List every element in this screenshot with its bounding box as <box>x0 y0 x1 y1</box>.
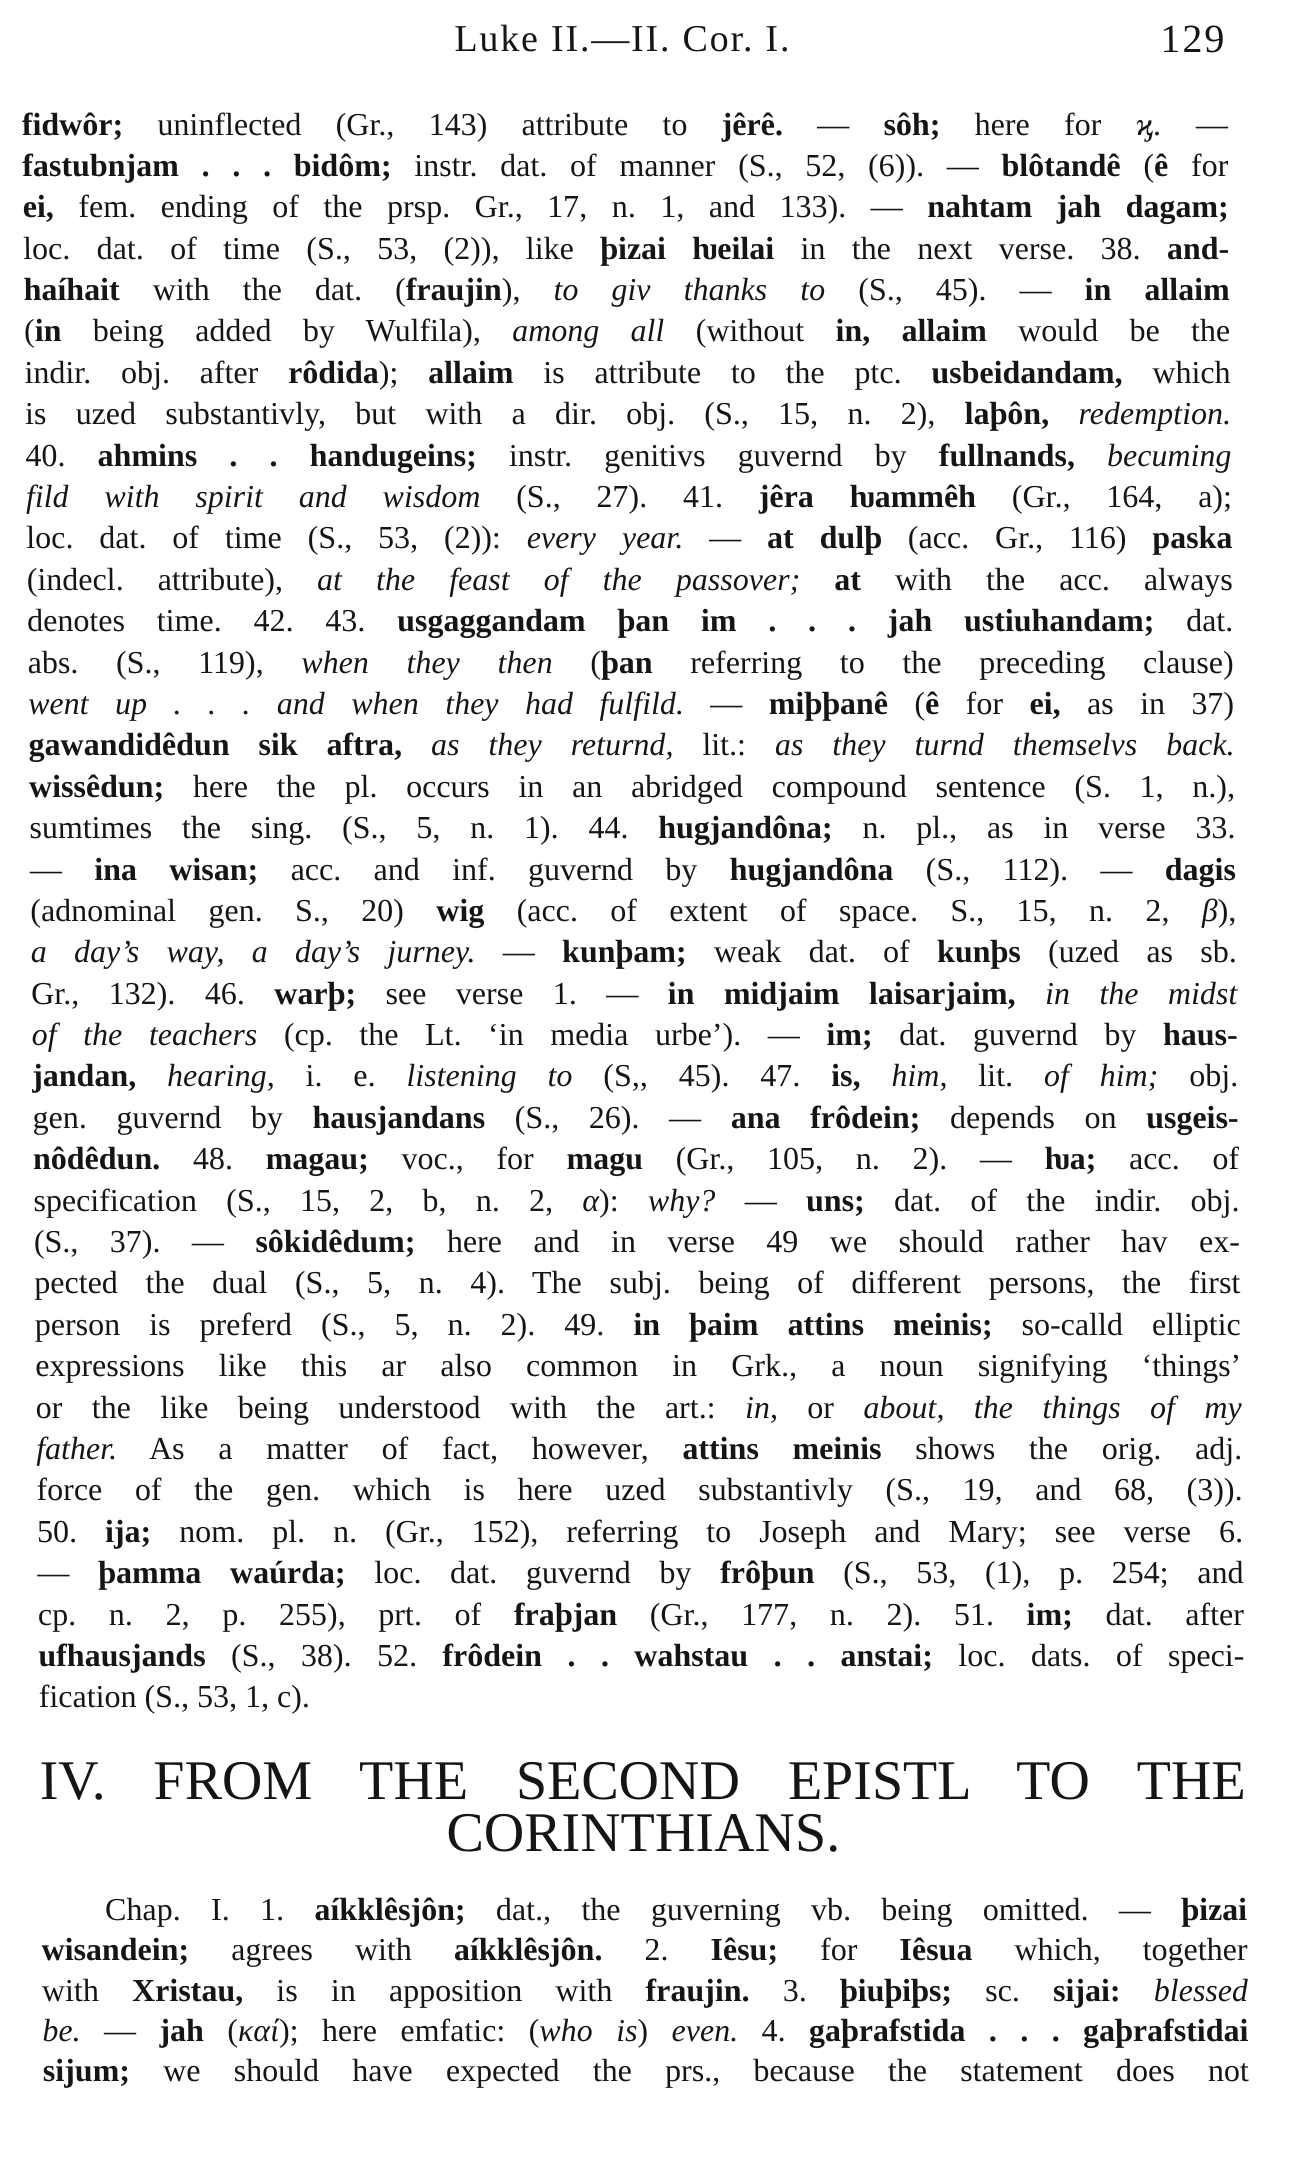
commentary-text: (acc. Gr., 116) <box>882 519 1153 555</box>
gothic-term: hausjandans <box>312 1099 485 1135</box>
commentary-text: (adnominal gen. S., 20) <box>30 892 436 928</box>
commentary-text: indir. obj. after <box>24 354 288 390</box>
text-line: Gr., 132). 46. warþ; see verse 1. — in m… <box>31 973 1237 1014</box>
commentary-text: weak dat. of <box>686 933 937 969</box>
translation-text: in the midst <box>1015 975 1237 1011</box>
gothic-term: hugjandôna <box>729 851 893 887</box>
commentary-text: (S,, 45). 47. <box>572 1057 831 1093</box>
gothic-term: in þaim attins meinis; <box>633 1306 993 1342</box>
text-line: wissêdun; here the pl. occurs in an abri… <box>29 766 1235 807</box>
gothic-term: hugjandôna; <box>658 809 833 845</box>
section-heading-line-2: CORINTHIANS. <box>40 1807 1247 1859</box>
commentary-text: (Gr., 105, n. 2). — <box>643 1140 1045 1176</box>
gothic-term: sôh; <box>883 106 940 142</box>
commentary-text: ( <box>204 2012 238 2048</box>
text-line: — þamma waúrda; loc. dat. guvernd by frô… <box>37 1552 1243 1593</box>
translation-text: of him; <box>1044 1057 1159 1093</box>
commentary-text: (Gr., 164, a); <box>976 478 1232 514</box>
gothic-term: usgaggandam þan im . . . jah ustiuhandam… <box>397 602 1155 638</box>
gothic-term: in allaim <box>1084 271 1229 307</box>
gothic-term: usgeis- <box>1146 1099 1239 1135</box>
commentary-text: — <box>37 1554 98 1590</box>
text-line: 40. ahmins . . handugeins; instr. geniti… <box>25 435 1231 476</box>
commentary-text: (S., 27). 41. <box>480 478 759 514</box>
translation-text: to giv thanks to <box>553 271 825 307</box>
commentary-text: referring to the preceding clause) <box>652 644 1233 680</box>
gothic-term: Iêsu; <box>710 1931 778 1967</box>
translation-text: becuming <box>1075 437 1232 473</box>
gothic-term: ana frôdein; <box>731 1099 921 1135</box>
gothic-term: Xristau, <box>132 1972 243 2008</box>
commentary-text: — <box>30 851 95 887</box>
translation-text: listening to <box>406 1057 572 1093</box>
commentary-text: dat. <box>1154 602 1233 638</box>
commentary-text: loc. dat. of time (S., 53, (2)), like <box>23 230 600 266</box>
translation-text: about, the things of my <box>863 1389 1242 1425</box>
gothic-term: usbeidandam, <box>931 354 1123 390</box>
gothic-term: in <box>35 312 62 348</box>
greek-symbol: ϗ. <box>1135 106 1161 142</box>
text-line: (in being added by Wulfila), among all (… <box>24 310 1230 351</box>
commentary-text: or the like being understood with the ar… <box>35 1389 745 1425</box>
commentary-text: with the acc. always <box>861 561 1233 597</box>
text-line: (adnominal gen. S., 20) wig (acc. of ext… <box>30 890 1236 931</box>
commentary-text: ), <box>1217 892 1236 928</box>
gothic-term: Iêsua <box>899 1931 972 1967</box>
commentary-text: person is preferd (S., 5, n. 2). 49. <box>35 1306 634 1342</box>
translation-text: as they turnd themselvs back. <box>775 726 1235 762</box>
commentary-text: (S., 26). — <box>485 1099 731 1135</box>
commentary-text: denotes time. 42. 43. <box>27 602 397 638</box>
translation-text: every year. <box>527 519 684 555</box>
commentary-text: agrees with <box>189 1931 454 1967</box>
commentary-text: (cp. the Lt. ‘in media urbe’). — <box>257 1016 827 1052</box>
commentary-text: shows the orig. adj. <box>881 1430 1242 1466</box>
gothic-term: fastubnjam . . . bidôm; <box>22 147 392 183</box>
translation-text: a day’s way, a day’s jurney. <box>31 933 476 969</box>
gothic-term: warþ; <box>274 975 356 1011</box>
commentary-text: (S., 112). — <box>893 851 1165 887</box>
commentary-text: sc. <box>952 1972 1053 2008</box>
gothic-term: ei, <box>1029 685 1060 721</box>
text-line: (indecl. attribute), at the feast of the… <box>27 559 1233 600</box>
text-line: ufhausjands (S., 38). 52. frôdein . . wa… <box>38 1635 1244 1676</box>
commentary-text: (without <box>664 312 835 348</box>
translation-text: be. <box>42 2012 81 2048</box>
commentary-text: — <box>475 933 562 969</box>
text-line: went up . . . and when they had fulfild.… <box>28 683 1234 724</box>
commentary-text: loc. dat. guvernd by <box>345 1554 720 1590</box>
commentary-text: here and in verse 49 we should rather ha… <box>415 1223 1240 1259</box>
commentary-text: for <box>778 1931 900 1967</box>
commentary-text: dat. guvernd by <box>872 1016 1163 1052</box>
text-line: fidwôr; uninflected (Gr., 143) attribute… <box>22 104 1228 145</box>
text-line: fastubnjam . . . bidôm; instr. dat. of m… <box>22 145 1228 186</box>
gothic-term: haíhait <box>23 271 119 307</box>
gothic-term: gawandidêdun sik aftra, <box>28 726 402 762</box>
text-line: abs. (S., 119), when they then (þan refe… <box>27 642 1233 683</box>
translation-text: of the teachers <box>31 1016 257 1052</box>
text-line: gawandidêdun sik aftra, as they returnd,… <box>28 724 1234 765</box>
gothic-term: kunþs <box>937 933 1021 969</box>
commentary-text: — <box>80 2012 159 2048</box>
commentary-text: Gr., 132). 46. <box>31 975 274 1011</box>
book-page: Luke II.—II. Cor. I. 129 fidwôr; uninfle… <box>0 0 1314 2177</box>
gothic-term: magu <box>566 1140 643 1176</box>
commentary-text: which <box>1122 354 1230 390</box>
commentary-text: with the dat. ( <box>119 271 405 307</box>
gothic-term: fraujin. <box>645 1972 749 2008</box>
gothic-term: laþôn, <box>964 395 1049 431</box>
verse-number: 40. <box>25 437 98 473</box>
commentary-text: (Gr., 177, n. 2). 51. <box>617 1596 1027 1632</box>
gothic-term: im; <box>1026 1596 1073 1632</box>
text-line: wisandein; agrees with aíkklêsjôn. 2. Iê… <box>41 1929 1247 1969</box>
commentary-text: ( <box>888 685 925 721</box>
translation-text: fild with spirit and wisdom <box>26 478 481 514</box>
verse-number: 50. <box>37 1513 105 1549</box>
commentary-text: dat. of the indir. obj. <box>864 1182 1239 1218</box>
gothic-term: gaþrafstida . . . gaþrafstidai <box>809 2012 1249 2048</box>
gothic-term: nôdêdun. <box>33 1140 161 1176</box>
gothic-term: im; <box>826 1016 873 1052</box>
text-line: sijum; we should have expected the prs.,… <box>43 2050 1249 2090</box>
text-line: Chap. I. 1. aíkklêsjôn; dat., the guvern… <box>41 1889 1247 1929</box>
commentary-text: for <box>1168 147 1228 183</box>
text-line: — ina wisan; acc. and inf. guvernd by hu… <box>30 849 1236 890</box>
text-line: haíhait with the dat. (fraujin), to giv … <box>23 269 1229 310</box>
commentary-text: depends on <box>920 1099 1146 1135</box>
commentary-text: 2. <box>602 1931 710 1967</box>
commentary-text: — <box>783 106 884 142</box>
translation-text: blessed <box>1120 1972 1248 2008</box>
commentary-text: ), <box>502 271 554 307</box>
gothic-term: kunþam; <box>562 933 687 969</box>
gothic-term: þizai <box>1181 1891 1247 1927</box>
gothic-term: fraþjan <box>514 1596 617 1632</box>
gothic-term: ahmins . . handugeins; <box>97 437 477 473</box>
text-line: (S., 37). — sôkidêdum; here and in verse… <box>34 1221 1240 1262</box>
gothic-term: jah <box>159 2012 204 2048</box>
commentary-text: — <box>1161 106 1228 142</box>
gothic-term: at dulþ <box>767 519 882 555</box>
gothic-term: and- <box>1167 230 1230 266</box>
gothic-term: in, allaim <box>835 312 987 348</box>
commentary-text: lit. <box>947 1057 1044 1093</box>
gothic-term: ƕa; <box>1044 1140 1096 1176</box>
text-line: jandan, hearing, i. e. listening to (S,,… <box>32 1055 1238 1096</box>
commentary-text: — <box>683 519 767 555</box>
commentary-text: (indecl. attribute), <box>27 561 318 597</box>
gothic-term: frôdein . . wahstau . . anstai; <box>442 1637 933 1673</box>
gothic-term: paska <box>1152 519 1232 555</box>
text-line: expressions like this ar also common in … <box>35 1345 1241 1386</box>
commentary-text: (acc. of extent of space. S., 15, n. 2, <box>484 892 1202 928</box>
chapter-label: Chap. I. 1. <box>105 1891 315 1927</box>
commentary-text: is attribute to the ptc. <box>513 354 931 390</box>
text-line: with Xristau, is in apposition with frau… <box>42 1970 1248 2010</box>
commentary-text: uninflected (Gr., 143) attribute to <box>123 106 722 142</box>
gothic-term: at <box>800 561 861 597</box>
commentary-text: ); <box>379 354 429 390</box>
gothic-term: blôtandê <box>1001 147 1121 183</box>
commentary-text: in the next verse. 38. <box>774 230 1167 266</box>
commentary-text: being added by Wulfila), <box>61 312 512 348</box>
commentary-text: with <box>42 1972 132 2008</box>
gothic-term: allaim <box>428 354 514 390</box>
commentary-text: obj. <box>1158 1057 1238 1093</box>
gothic-term: magau; <box>265 1140 368 1176</box>
commentary-text: would be the <box>987 312 1231 348</box>
text-line: force of the gen. which is here uzed sub… <box>36 1469 1242 1510</box>
commentary-text: (S., 38). 52. <box>205 1637 442 1673</box>
commentary-text: 4. <box>738 2012 809 2048</box>
commentary-text: — <box>715 1182 806 1218</box>
commentary-text: is uzed substantivly, but with a dir. ob… <box>25 395 965 431</box>
gothic-term: ê <box>1154 147 1169 183</box>
translation-text: at the feast of the passover; <box>317 561 801 597</box>
gothic-term: sôkidêdum; <box>255 1223 415 1259</box>
gothic-term: dagis <box>1165 851 1237 887</box>
text-line: father. As a matter of fact, however, at… <box>36 1428 1242 1469</box>
gothic-term: uns; <box>806 1182 865 1218</box>
gothic-term: nahtam jah dagam; <box>927 188 1229 224</box>
translation-text: hearing, <box>136 1057 275 1093</box>
gothic-term: fidwôr; <box>22 106 124 142</box>
commentary-text: 3. <box>749 1972 840 2008</box>
gothic-term: in midjaim laisarjaim, <box>667 975 1015 1011</box>
commentary-text: (uzed as sb. <box>1020 933 1236 969</box>
gothic-term: fraujin <box>406 271 502 307</box>
commentary-text: pected the dual (S., 5, n. 4). The subj.… <box>34 1264 1240 1300</box>
translation-text: redemption. <box>1049 395 1231 431</box>
gothic-term: jêrê. <box>721 106 783 142</box>
text-line: sumtimes the sing. (S., 5, n. 1). 44. hu… <box>29 807 1235 848</box>
translation-text: as they returnd, <box>402 726 674 762</box>
translation-text: why? <box>648 1182 716 1218</box>
commentary-text: sumtimes the sing. (S., 5, n. 1). 44. <box>29 809 658 845</box>
commentary-text: fem. ending of the prsp. Gr., 17, n. 1, … <box>54 188 928 224</box>
corinthians-notes-section: Chap. I. 1. aíkklêsjôn; dat., the guvern… <box>41 1889 1249 2090</box>
gothic-term: wissêdun; <box>29 768 165 804</box>
commentary-text: lit.: <box>673 726 775 762</box>
translation-text: among all <box>512 312 665 348</box>
gothic-term: wig <box>436 892 484 928</box>
gothic-term: þizai ƕeilai <box>600 230 774 266</box>
gothic-term: ei, <box>23 188 54 224</box>
gothic-term: wisandein; <box>41 1931 189 1967</box>
text-line: fication (S., 53, 1, c). <box>39 1676 1245 1717</box>
gothic-term: þiuþiþs; <box>840 1972 952 2008</box>
translation-text: even. <box>671 2012 738 2048</box>
text-line: cp. n. 2, p. 255), prt. of fraþjan (Gr.,… <box>38 1594 1244 1635</box>
text-line: specification (S., 15, 2, b, n. 2, α): w… <box>33 1180 1239 1221</box>
text-line: a day’s way, a day’s jurney. — kunþam; w… <box>31 931 1237 972</box>
commentary-text: (S., 45). — <box>825 271 1085 307</box>
text-line: ei, fem. ending of the prsp. Gr., 17, n.… <box>23 186 1229 227</box>
running-title: Luke II.—II. Cor. I. <box>454 20 791 58</box>
commentary-text: here the pl. occurs in an abridged compo… <box>164 768 1235 804</box>
gothic-term: aíkklêsjôn; <box>314 1891 466 1927</box>
gothic-term: ê <box>925 685 940 721</box>
gothic-term: frôþun <box>720 1554 815 1590</box>
commentary-text: ( <box>24 312 35 348</box>
commentary-text: instr. genitivs guvernd by <box>477 437 939 473</box>
gothic-term: haus- <box>1163 1016 1238 1052</box>
commentary-text: As a matter of fact, however, <box>117 1430 683 1466</box>
text-line: loc. dat. of time (S., 53, (2)), like þi… <box>23 228 1229 269</box>
commentary-text: dat., the guverning vb. being omitted. — <box>465 1891 1181 1927</box>
commentary-text: we should have expected the prs., becaus… <box>130 2052 1249 2088</box>
section-heading-line-1: IV. FROM THE SECOND EPISTL TO THE <box>39 1755 1246 1807</box>
translation-text: who is <box>539 2012 637 2048</box>
commentary-text: dat. after <box>1073 1596 1245 1632</box>
gothic-term: ija; <box>105 1513 152 1549</box>
text-line: 50. ija; nom. pl. n. (Gr., 152), referri… <box>37 1511 1243 1552</box>
scanned-sheet: Luke II.—II. Cor. I. 129 fidwôr; uninfle… <box>0 0 1314 2177</box>
commentary-text: see verse 1. — <box>356 975 668 1011</box>
greek-word: καί <box>238 2012 279 2048</box>
commentary-text: acc. and inf. guvernd by <box>258 851 730 887</box>
gothic-term: fullnands, <box>939 437 1075 473</box>
commentary-text: nom. pl. n. (Gr., 152), referring to Jos… <box>151 1513 1243 1549</box>
text-line: nôdêdun. 48. magau; voc., for magu (Gr.,… <box>33 1138 1239 1179</box>
text-line: loc. dat. of time (S., 53, (2)): every y… <box>26 517 1232 558</box>
page-number: 129 <box>1160 20 1226 58</box>
greek-letter: β <box>1202 892 1218 928</box>
gothic-term: attins meinis <box>682 1430 881 1466</box>
text-line: gen. guvernd by hausjandans (S., 26). — … <box>32 1097 1238 1138</box>
commentary-text: — <box>684 685 769 721</box>
commentary-text: loc. dat. of time (S., 53, (2)): <box>26 519 527 555</box>
gothic-term: miþþanê <box>769 685 889 721</box>
text-line: person is preferd (S., 5, n. 2). 49. in … <box>35 1304 1241 1345</box>
gothic-term: þamma waúrda; <box>98 1554 346 1590</box>
text-line: be. — jah (καί); here emfatic: (who is) … <box>42 2010 1248 2050</box>
commentary-text: voc., for <box>369 1140 567 1176</box>
text-line: is uzed substantivly, but with a dir. ob… <box>25 393 1231 434</box>
commentary-text: specification (S., 15, 2, b, n. 2, <box>33 1182 582 1218</box>
commentary-text: n. pl., as in verse 33. <box>832 809 1235 845</box>
commentary-text: loc. dats. of speci- <box>933 1637 1245 1673</box>
commentary-text: i. e. <box>274 1057 406 1093</box>
translation-text: when they then <box>301 644 553 680</box>
text-line: or the like being understood with the ar… <box>35 1387 1241 1428</box>
commentary-text: acc. of <box>1096 1140 1239 1176</box>
gothic-term: sijai: <box>1053 1972 1121 2008</box>
commentary-text: gen. guvernd by <box>32 1099 312 1135</box>
commentary-text: force of the gen. which is here uzed sub… <box>36 1471 1242 1507</box>
commentary-text: expressions like this ar also common in … <box>35 1347 1241 1383</box>
text-line: pected the dual (S., 5, n. 4). The subj.… <box>34 1262 1240 1303</box>
commentary-text: here for <box>940 106 1136 142</box>
translation-text: went up . . . and when they had fulfild. <box>28 685 684 721</box>
commentary-text: ) <box>637 2012 671 2048</box>
commentary-text: as in 37) <box>1060 685 1234 721</box>
gothic-term: jêra ƕammêh <box>759 478 977 514</box>
text-line: denotes time. 42. 43. usgaggandam þan im… <box>27 600 1233 641</box>
translation-text: father. <box>36 1430 117 1466</box>
gothic-term: rôdida <box>288 354 379 390</box>
commentary-text: cp. n. 2, p. 255), prt. of <box>38 1596 514 1632</box>
greek-letter: α <box>582 1182 599 1218</box>
gothic-term: þan <box>601 644 653 680</box>
gothic-term: ufhausjands <box>38 1637 206 1673</box>
gothic-term: aíkklêsjôn. <box>454 1931 603 1967</box>
commentary-text: (S., 37). — <box>34 1223 256 1259</box>
text-line: fild with spirit and wisdom (S., 27). 41… <box>26 476 1232 517</box>
commentary-text: fication (S., 53, 1, c). <box>39 1678 310 1714</box>
commentary-text: ); here emfatic: ( <box>279 2012 540 2048</box>
gothic-term: is, <box>831 1057 861 1093</box>
commentary-text: ( <box>1120 147 1154 183</box>
commentary-text: ): <box>599 1182 648 1218</box>
gothic-term: ina wisan; <box>94 851 258 887</box>
commentary-text: 48. <box>160 1140 266 1176</box>
commentary-text: for <box>939 685 1030 721</box>
commentary-text: abs. (S., 119), <box>27 644 301 680</box>
commentary-text: ( <box>552 644 601 680</box>
section-heading: IV. FROM THE SECOND EPISTL TO THE CORINT… <box>39 1755 1246 1859</box>
translation-text: him, <box>860 1057 947 1093</box>
text-line: indir. obj. after rôdida); allaim is att… <box>24 352 1230 393</box>
gothic-term: sijum; <box>43 2052 130 2088</box>
commentary-text: is in apposition with <box>243 1972 646 2008</box>
commentary-text: (S., 53, (1), p. 254; and <box>814 1554 1243 1590</box>
translation-text: in, <box>745 1389 778 1425</box>
commentary-text: which, together <box>972 1931 1248 1967</box>
commentary-text: so-calld elliptic <box>992 1306 1241 1342</box>
commentary-text: instr. dat. of manner (S., 52, (6)). — <box>391 147 1001 183</box>
luke-notes-section: fidwôr; uninflected (Gr., 143) attribute… <box>22 104 1245 1718</box>
gothic-term: jandan, <box>32 1057 136 1093</box>
commentary-text: or <box>778 1389 864 1425</box>
text-line: of the teachers (cp. the Lt. ‘in media u… <box>31 1014 1237 1055</box>
